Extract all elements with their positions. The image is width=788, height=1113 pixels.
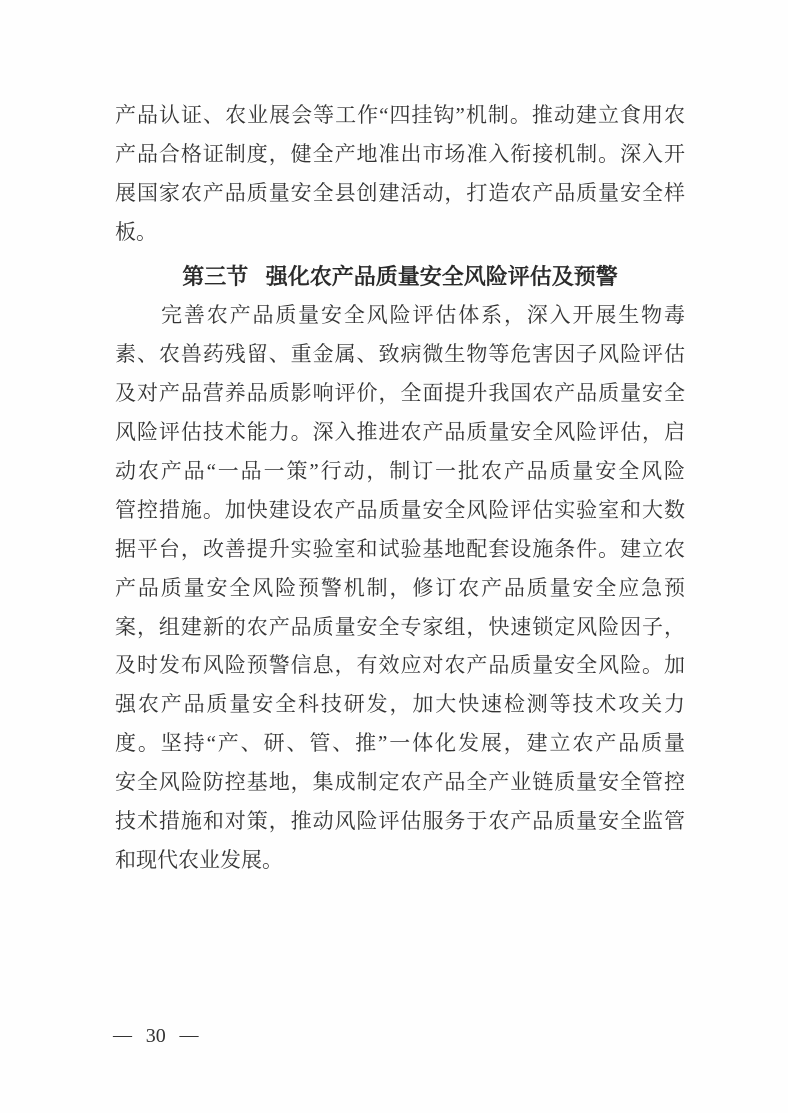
section-title: 强化农产品质量安全风险评估及预警 — [266, 264, 618, 289]
footer-dash-right: — — [180, 1025, 199, 1046]
paragraph-continuation: 产品认证、农业展会等工作“四挂钩”机制。推动建立食用农产品合格证制度，健全产地准… — [115, 96, 685, 252]
text-line: 安全风险防控基地，集成制定农产品全产业链质量安全管控 — [115, 763, 685, 802]
paragraph-main: 完善农产品质量安全风险评估体系，深入开展生物毒素、农兽药残留、重金属、致病微生物… — [115, 296, 685, 879]
text-line: 风险评估技术能力。深入推进农产品质量安全风险评估，启 — [115, 413, 685, 452]
text-line: 完善农产品质量安全风险评估体系，深入开展生物毒 — [115, 296, 685, 335]
text-line: 强农产品质量安全科技研发，加大快速检测等技术攻关力 — [115, 685, 685, 724]
text-line: 及对产品营养品质影响评价，全面提升我国农产品质量安全 — [115, 374, 685, 413]
text-line: 动农产品“一品一策”行动，制订一批农产品质量安全风险 — [115, 452, 685, 491]
text-line: 板。 — [115, 213, 685, 252]
page-number: 30 — [146, 1025, 166, 1047]
text-line: 产品合格证制度，健全产地准出市场准入衔接机制。深入开 — [115, 135, 685, 174]
document-page: 产品认证、农业展会等工作“四挂钩”机制。推动建立食用农产品合格证制度，健全产地准… — [0, 0, 788, 1113]
page-content: 产品认证、农业展会等工作“四挂钩”机制。推动建立食用农产品合格证制度，健全产地准… — [115, 96, 685, 880]
text-line: 度。坚持“产、研、管、推”一体化发展，建立农产品质量 — [115, 724, 685, 763]
page-footer: — 30 — — [113, 1024, 199, 1048]
text-line: 据平台，改善提升实验室和试验基地配套设施条件。建立农 — [115, 530, 685, 569]
text-line: 技术措施和对策，推动风险评估服务于农产品质量安全监管 — [115, 802, 685, 841]
text-line: 和现代农业发展。 — [115, 841, 685, 880]
text-line: 产品质量安全风险预警机制，修订农产品质量安全应急预 — [115, 569, 685, 608]
text-line: 及时发布风险预警信息，有效应对农产品质量安全风险。加 — [115, 646, 685, 685]
text-line: 案，组建新的农产品质量安全专家组，快速锁定风险因子， — [115, 608, 685, 647]
text-line: 管控措施。加快建设农产品质量安全风险评估实验室和大数 — [115, 491, 685, 530]
footer-dash-left: — — [113, 1025, 132, 1046]
text-line: 产品认证、农业展会等工作“四挂钩”机制。推动建立食用农 — [115, 96, 685, 135]
text-line: 展国家农产品质量安全县创建活动，打造农产品质量安全样 — [115, 174, 685, 213]
section-heading: 第三节 强化农产品质量安全风险评估及预警 — [115, 258, 685, 297]
text-line: 素、农兽药残留、重金属、致病微生物等危害因子风险评估 — [115, 335, 685, 374]
section-number: 第三节 — [182, 264, 248, 289]
